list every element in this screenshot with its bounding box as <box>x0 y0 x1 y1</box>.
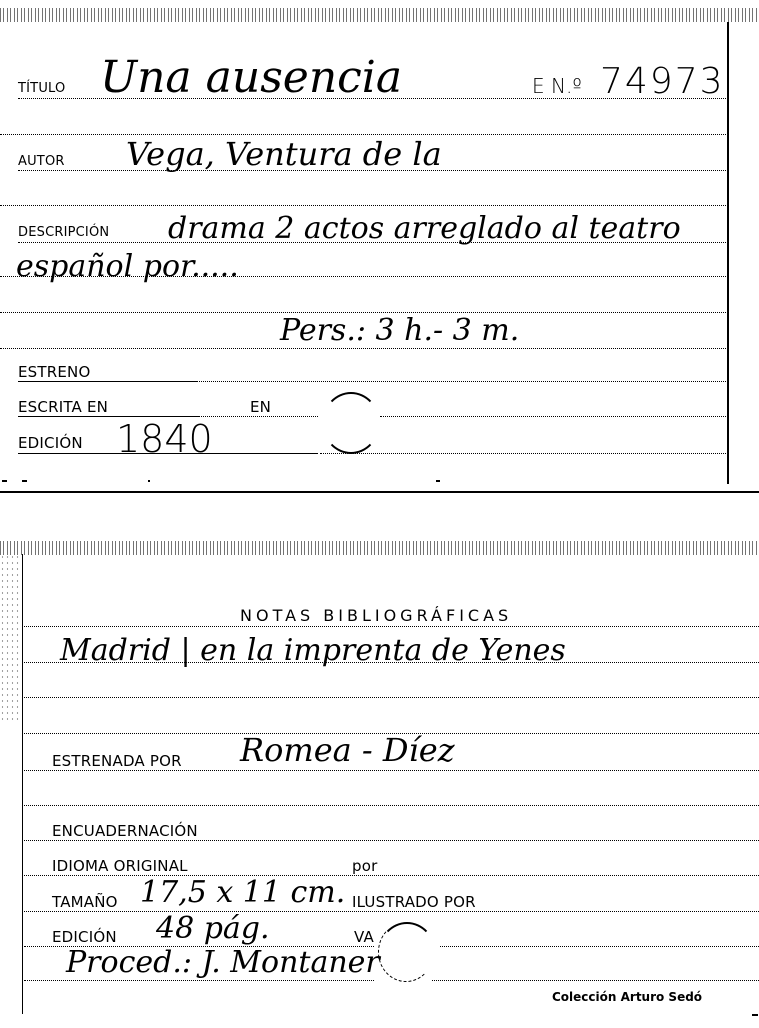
card-right-border <box>727 22 729 484</box>
idioma-line <box>24 875 759 876</box>
tamano-label: TAMAÑO <box>52 895 118 910</box>
titulo-value: Una ausencia <box>100 56 402 100</box>
card-left-border <box>22 554 23 1014</box>
estrenada-line <box>24 770 759 771</box>
rule <box>432 980 759 981</box>
entry-number: 74973 <box>600 64 725 100</box>
estrenada-por-value: Romea - Díez <box>240 734 455 766</box>
estrenada-por-label: ESTRENADA POR <box>52 754 182 769</box>
edicion-line <box>320 453 726 454</box>
speck <box>22 480 27 482</box>
rule <box>24 626 759 627</box>
ilustrado-por-label: ILUSTRADO POR <box>352 895 476 910</box>
speck <box>148 480 150 482</box>
rule <box>24 805 759 806</box>
scan-edge-noise <box>0 554 20 724</box>
tamano-line <box>24 911 759 912</box>
va-line <box>440 946 759 947</box>
estreno-underline <box>18 381 196 382</box>
stamp-mark <box>378 922 434 982</box>
titulo-label: TÍTULO <box>18 82 65 95</box>
en-label: EN <box>250 400 271 415</box>
edicion-label-bottom: EDICIÓN <box>52 930 117 945</box>
autor-label: AUTOR <box>18 155 65 168</box>
personajes-value: Pers.: 3 h.- 3 m. <box>280 316 519 346</box>
speck <box>752 1014 758 1016</box>
descripcion-line <box>18 242 726 243</box>
rule <box>0 348 726 349</box>
card-separator <box>0 491 759 493</box>
escrita-line <box>198 416 318 417</box>
procedencia-value: Proced.: J. Montaner <box>66 948 380 978</box>
collection-footer: Colección Arturo Sedó <box>552 990 702 1004</box>
estreno-label: ESTRENO <box>18 365 91 380</box>
en-line <box>380 416 726 417</box>
speck <box>436 480 440 482</box>
descripcion-value-line2: español por..... <box>16 252 239 282</box>
edicion-label: EDICIÓN <box>18 436 83 451</box>
scan-edge-noise <box>0 541 759 555</box>
rule <box>0 205 726 206</box>
idioma-original-label: IDIOMA ORIGINAL <box>52 859 188 874</box>
escrita-en-label: ESCRITA EN <box>18 400 108 415</box>
descripcion-label: DESCRIPCIÓN <box>18 226 109 239</box>
rule <box>24 697 759 698</box>
rule <box>0 276 726 277</box>
autor-line <box>18 170 726 171</box>
notas-heading: NOTAS BIBLIOGRÁFICAS <box>240 606 512 625</box>
edicion-underline <box>18 453 318 454</box>
edicion-value-bottom: 48 pág. <box>156 914 270 944</box>
estreno-line <box>196 381 726 382</box>
descripcion-value-line1: drama 2 actos arreglado al teatro <box>168 214 681 244</box>
tamano-value: 17,5 x 11 cm. <box>140 878 345 908</box>
entry-prefix: E N.º <box>532 76 582 96</box>
stamp-mark <box>322 392 380 454</box>
por-label: por <box>352 859 377 874</box>
speck <box>2 480 7 482</box>
encuadernacion-line <box>24 840 759 841</box>
titulo-line <box>18 98 726 99</box>
rule <box>24 662 759 663</box>
scan-edge-noise <box>0 8 759 22</box>
encuadernacion-label: ENCUADERNACIÓN <box>52 824 198 839</box>
rule <box>24 980 374 981</box>
va-label: VA <box>354 930 374 945</box>
autor-value: Vega, Ventura de la <box>126 138 442 170</box>
